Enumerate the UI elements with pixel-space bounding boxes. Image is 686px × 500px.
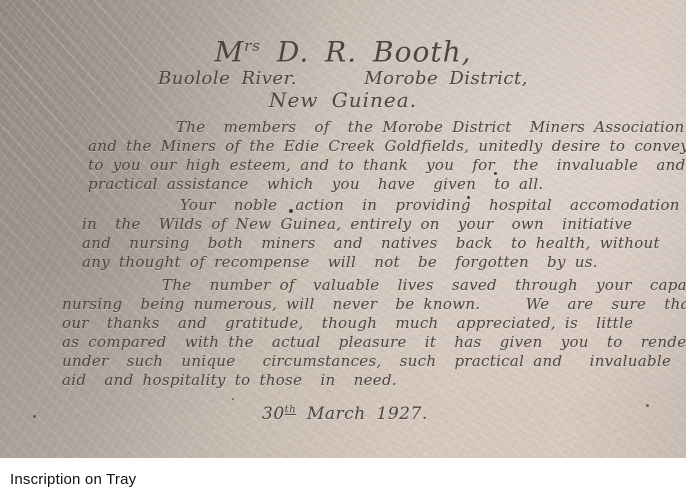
dust-speck <box>494 172 497 175</box>
inscription-date: 30th March 1927. <box>262 404 686 424</box>
inscription-line: any thought of recompense will not be fo… <box>82 253 686 272</box>
tray-photo: Mrs D. R. Booth, Buolole River. Morobe D… <box>0 0 686 458</box>
dust-speck <box>646 404 649 407</box>
inscription-line: nursing being numerous, will never be kn… <box>62 295 686 314</box>
dust-speck <box>232 398 234 400</box>
inscription-line: to you our high esteem, and to thank you… <box>88 156 686 175</box>
inscription-line: Your noble action in providing hospital … <box>82 196 686 215</box>
inscription-paragraph-2: Your noble action in providing hospital … <box>82 196 686 272</box>
inscription-paragraph-3: The number of valuable lives saved throu… <box>62 276 686 390</box>
inscription-line: under such unique circumstances, such pr… <box>62 352 686 371</box>
inscription-line: our thanks and gratitude, though much ap… <box>62 314 686 333</box>
inscription-line: aid and hospitality to those in need. <box>62 371 686 390</box>
inscription-address-line1: Buolole River. Morobe District, <box>0 68 686 89</box>
inscription-title: Mrs D. R. Booth, <box>0 31 686 67</box>
inscription-line: and the Miners of the Edie Creek Goldfie… <box>88 137 686 156</box>
inscription-line: and nursing both miners and natives back… <box>82 234 686 253</box>
inscription-address-line2: New Guinea. <box>0 89 686 111</box>
inscription-line: The members of the Morobe District Miner… <box>88 118 686 137</box>
inscription-line: as compared with the actual pleasure it … <box>62 333 686 352</box>
inscription-line: in the Wilds of New Guinea, entirely on … <box>82 215 686 234</box>
inscription-heading: Mrs D. R. Booth, Buolole River. Morobe D… <box>0 31 686 111</box>
dust-speck <box>289 209 293 213</box>
dust-speck <box>467 196 470 199</box>
inscription-line: practical assistance which you have give… <box>88 175 686 194</box>
figure-with-caption: Mrs D. R. Booth, Buolole River. Morobe D… <box>0 0 686 500</box>
caption-text: Inscription on Tray <box>10 471 136 488</box>
caption-bar: Inscription on Tray <box>0 458 686 500</box>
inscription-paragraph-1: The members of the Morobe District Miner… <box>88 118 686 194</box>
engraved-inscription: Mrs D. R. Booth, Buolole River. Morobe D… <box>0 0 686 458</box>
dust-speck <box>33 415 36 418</box>
inscription-line: The number of valuable lives saved throu… <box>62 276 686 295</box>
